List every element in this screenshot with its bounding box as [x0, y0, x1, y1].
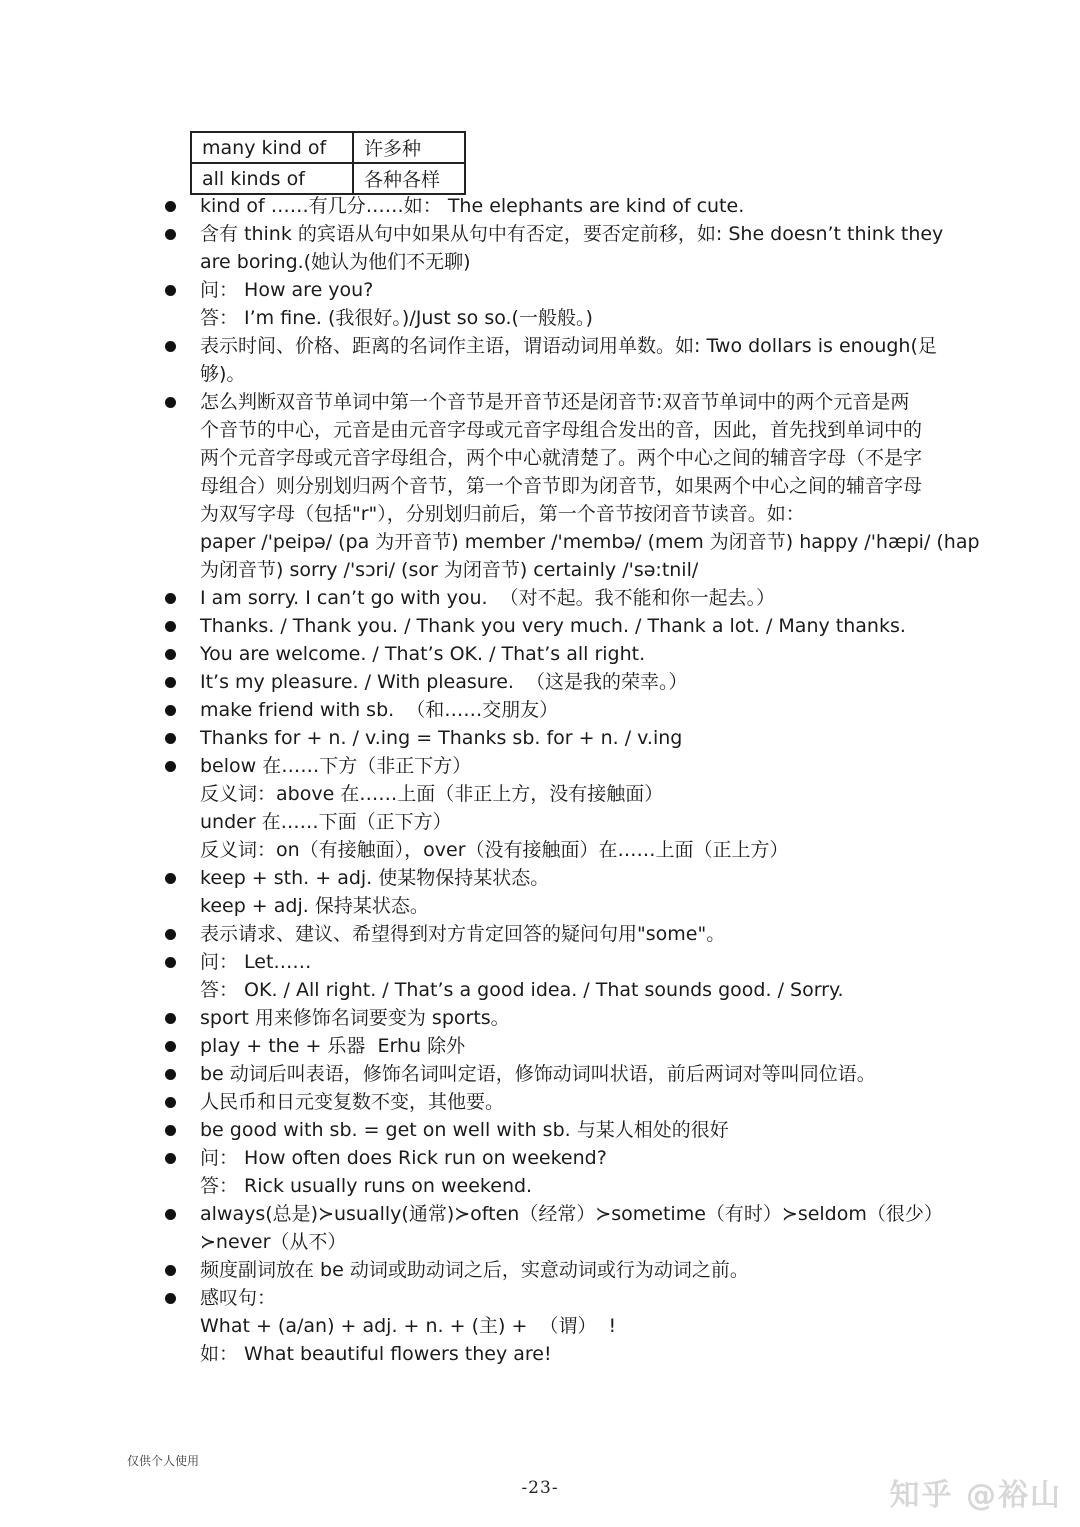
bullet-icon: [165, 649, 176, 660]
note-text: paper /'peipə/ (pa 为开音节) member /'membə/…: [200, 528, 980, 556]
note-line: 问： How are you?: [165, 276, 1065, 304]
vocab-english: all kinds of: [191, 163, 353, 194]
note-line: always(总是)≻usually(通常)≻often（经常）≻sometim…: [165, 1200, 1065, 1228]
note-text: keep + sth. + adj. 使某物保持某状态。: [200, 864, 549, 892]
note-text: You are welcome. / That’s OK. / That’s a…: [200, 640, 645, 668]
note-line: paper /'peipə/ (pa 为开音节) member /'membə/…: [165, 528, 1065, 556]
document-page: many kind of许多种all kinds of各种各样 kind of …: [0, 0, 1080, 1527]
vocab-row: many kind of许多种: [191, 132, 465, 163]
note-text: always(总是)≻usually(通常)≻often（经常）≻sometim…: [200, 1200, 943, 1228]
vocab-table: many kind of许多种all kinds of各种各样: [190, 131, 466, 195]
note-text: 表示时间、价格、距离的名词作主语，谓语动词用单数。如: Two dollars …: [200, 332, 937, 360]
note-text: kind of ……有几分……如： The elephants are kind…: [200, 192, 744, 220]
note-text: 怎么判断双音节单词中第一个音节是开音节还是闭音节:双音节单词中的两个元音是两: [200, 388, 909, 416]
note-line: 问： How often does Rick run on weekend?: [165, 1144, 1065, 1172]
note-text: 为闭音节) sorry /'sɔri/ (sor 为闭音节) certainly…: [200, 556, 698, 584]
bullet-icon: [165, 957, 176, 968]
note-text: ≻never（从不）: [200, 1228, 346, 1256]
note-text: 人民币和日元变复数不变，其他要。: [200, 1088, 504, 1116]
note-text: keep + adj. 保持某状态。: [200, 892, 429, 920]
note-line: 答： OK. / All right. / That’s a good idea…: [165, 976, 1065, 1004]
note-line: under 在……下面（正下方）: [165, 808, 1065, 836]
note-line: make friend with sb. （和……交朋友）: [165, 696, 1065, 724]
note-line: What + (a/an) + adj. + n. + (主) + （谓） !: [165, 1312, 1065, 1340]
note-line: 反义词：above 在……上面（非正上方，没有接触面）: [165, 780, 1065, 808]
note-text: I am sorry. I can’t go with you. （对不起。我不…: [200, 584, 775, 612]
note-text: are boring.(她认为他们不无聊): [200, 248, 471, 276]
note-line: 反义词：on（有接触面），over（没有接触面）在……上面（正上方）: [165, 836, 1065, 864]
note-line: 答： Rick usually runs on weekend.: [165, 1172, 1065, 1200]
note-text: 问： Let……: [200, 948, 311, 976]
note-line: 表示请求、建议、希望得到对方肯定回答的疑问句用"some"。: [165, 920, 1065, 948]
note-line: be good with sb. = get on well with sb. …: [165, 1116, 1065, 1144]
note-line: 频度副词放在 be 动词或助动词之后，实意动词或行为动词之前。: [165, 1256, 1065, 1284]
note-line: 含有 think 的宾语从句中如果从句中有否定，要否定前移，如: She doe…: [165, 220, 1065, 248]
note-line: keep + sth. + adj. 使某物保持某状态。: [165, 864, 1065, 892]
note-line: be 动词后叫表语，修饰名词叫定语，修饰动词叫状语，前后两词对等叫同位语。: [165, 1060, 1065, 1088]
note-text: 母组合）则分别划归两个音节，第一个音节即为闭音节，如果两个中心之间的辅音字母: [200, 472, 922, 500]
note-line: keep + adj. 保持某状态。: [165, 892, 1065, 920]
note-line: 两个元音字母或元音字母组合，两个中心就清楚了。两个中心之间的辅音字母（不是字: [165, 444, 1065, 472]
note-line: 答： I’m fine. (我很好。)/Just so so.(一般般。): [165, 304, 1065, 332]
note-line: 为闭音节) sorry /'sɔri/ (sor 为闭音节) certainly…: [165, 556, 1065, 584]
vocab-english: many kind of: [191, 132, 353, 163]
note-line: Thanks for + n. / v.ing = Thanks sb. for…: [165, 724, 1065, 752]
note-text: 反义词：above 在……上面（非正上方，没有接触面）: [200, 780, 663, 808]
watermark: 知乎 @裕山: [890, 1470, 1062, 1514]
note-line: 母组合）则分别划归两个音节，第一个音节即为闭音节，如果两个中心之间的辅音字母: [165, 472, 1065, 500]
note-line: 个音节的中心，元音是由元音字母或元音字母组合发出的音，因此，首先找到单词中的: [165, 416, 1065, 444]
note-line: below 在……下方（非正下方）: [165, 752, 1065, 780]
note-text: 感叹句：: [200, 1284, 276, 1312]
note-text: It’s my pleasure. / With pleasure. （这是我的…: [200, 668, 688, 696]
footer-note: 仅供个人使用: [127, 1452, 199, 1469]
note-text: below 在……下方（非正下方）: [200, 752, 471, 780]
note-text: 个音节的中心，元音是由元音字母或元音字母组合发出的音，因此，首先找到单词中的: [200, 416, 922, 444]
note-text: What + (a/an) + adj. + n. + (主) + （谓） !: [200, 1312, 616, 1340]
vocab-chinese: 许多种: [353, 132, 465, 163]
note-text: 问： How often does Rick run on weekend?: [200, 1144, 607, 1172]
bullet-icon: [165, 677, 176, 688]
bullet-icon: [165, 593, 176, 604]
bullet-icon: [165, 929, 176, 940]
vocab-chinese: 各种各样: [353, 163, 465, 194]
bullet-icon: [165, 621, 176, 632]
note-text: 够)。: [200, 360, 245, 388]
note-line: 够)。: [165, 360, 1065, 388]
note-line: kind of ……有几分……如： The elephants are kind…: [165, 192, 1065, 220]
note-text: 答： OK. / All right. / That’s a good idea…: [200, 976, 844, 1004]
note-text: 答： I’m fine. (我很好。)/Just so so.(一般般。): [200, 304, 593, 332]
note-text: 含有 think 的宾语从句中如果从句中有否定，要否定前移，如: She doe…: [200, 220, 943, 248]
note-line: play + the + 乐器 Erhu 除外: [165, 1032, 1065, 1060]
note-text: be 动词后叫表语，修饰名词叫定语，修饰动词叫状语，前后两词对等叫同位语。: [200, 1060, 876, 1088]
bullet-icon: [165, 229, 176, 240]
note-line: Thanks. / Thank you. / Thank you very mu…: [165, 612, 1065, 640]
bullet-icon: [165, 1069, 176, 1080]
bullet-icon: [165, 873, 176, 884]
vocab-row: all kinds of各种各样: [191, 163, 465, 194]
bullet-icon: [165, 761, 176, 772]
bullet-icon: [165, 1041, 176, 1052]
note-text: sport 用来修饰名词要变为 sports。: [200, 1004, 510, 1032]
note-text: play + the + 乐器 Erhu 除外: [200, 1032, 465, 1060]
note-line: 如： What beautiful flowers they are!: [165, 1340, 1065, 1368]
note-text: 频度副词放在 be 动词或助动词之后，实意动词或行为动词之前。: [200, 1256, 749, 1284]
bullet-icon: [165, 201, 176, 212]
note-text: 两个元音字母或元音字母组合，两个中心就清楚了。两个中心之间的辅音字母（不是字: [200, 444, 922, 472]
bullet-icon: [165, 1209, 176, 1220]
bullet-icon: [165, 1153, 176, 1164]
note-text: 表示请求、建议、希望得到对方肯定回答的疑问句用"some"。: [200, 920, 725, 948]
bullet-icon: [165, 705, 176, 716]
bullet-icon: [165, 733, 176, 744]
note-line: ≻never（从不）: [165, 1228, 1065, 1256]
note-line: 为双写字母（包括"r"），分别划归前后，第一个音节按闭音节读音。如：: [165, 500, 1065, 528]
bullet-icon: [165, 341, 176, 352]
note-line: I am sorry. I can’t go with you. （对不起。我不…: [165, 584, 1065, 612]
note-line: 问： Let……: [165, 948, 1065, 976]
note-line: 表示时间、价格、距离的名词作主语，谓语动词用单数。如: Two dollars …: [165, 332, 1065, 360]
note-text: 如： What beautiful flowers they are!: [200, 1340, 552, 1368]
bullet-icon: [165, 1125, 176, 1136]
note-text: under 在……下面（正下方）: [200, 808, 452, 836]
note-line: 感叹句：: [165, 1284, 1065, 1312]
note-text: 为双写字母（包括"r"），分别划归前后，第一个音节按闭音节读音。如：: [200, 500, 805, 528]
notes-list: kind of ……有几分……如： The elephants are kind…: [165, 192, 1065, 1368]
note-line: are boring.(她认为他们不无聊): [165, 248, 1065, 276]
note-text: 问： How are you?: [200, 276, 373, 304]
note-text: 答： Rick usually runs on weekend.: [200, 1172, 532, 1200]
bullet-icon: [165, 1265, 176, 1276]
note-text: Thanks. / Thank you. / Thank you very mu…: [200, 612, 906, 640]
note-text: Thanks for + n. / v.ing = Thanks sb. for…: [200, 724, 682, 752]
bullet-icon: [165, 397, 176, 408]
note-line: You are welcome. / That’s OK. / That’s a…: [165, 640, 1065, 668]
note-line: 人民币和日元变复数不变，其他要。: [165, 1088, 1065, 1116]
bullet-icon: [165, 1013, 176, 1024]
note-text: 反义词：on（有接触面），over（没有接触面）在……上面（正上方）: [200, 836, 789, 864]
note-text: be good with sb. = get on well with sb. …: [200, 1116, 729, 1144]
note-line: sport 用来修饰名词要变为 sports。: [165, 1004, 1065, 1032]
note-line: 怎么判断双音节单词中第一个音节是开音节还是闭音节:双音节单词中的两个元音是两: [165, 388, 1065, 416]
bullet-icon: [165, 1293, 176, 1304]
bullet-icon: [165, 1097, 176, 1108]
note-line: It’s my pleasure. / With pleasure. （这是我的…: [165, 668, 1065, 696]
bullet-icon: [165, 285, 176, 296]
note-text: make friend with sb. （和……交朋友）: [200, 696, 558, 724]
